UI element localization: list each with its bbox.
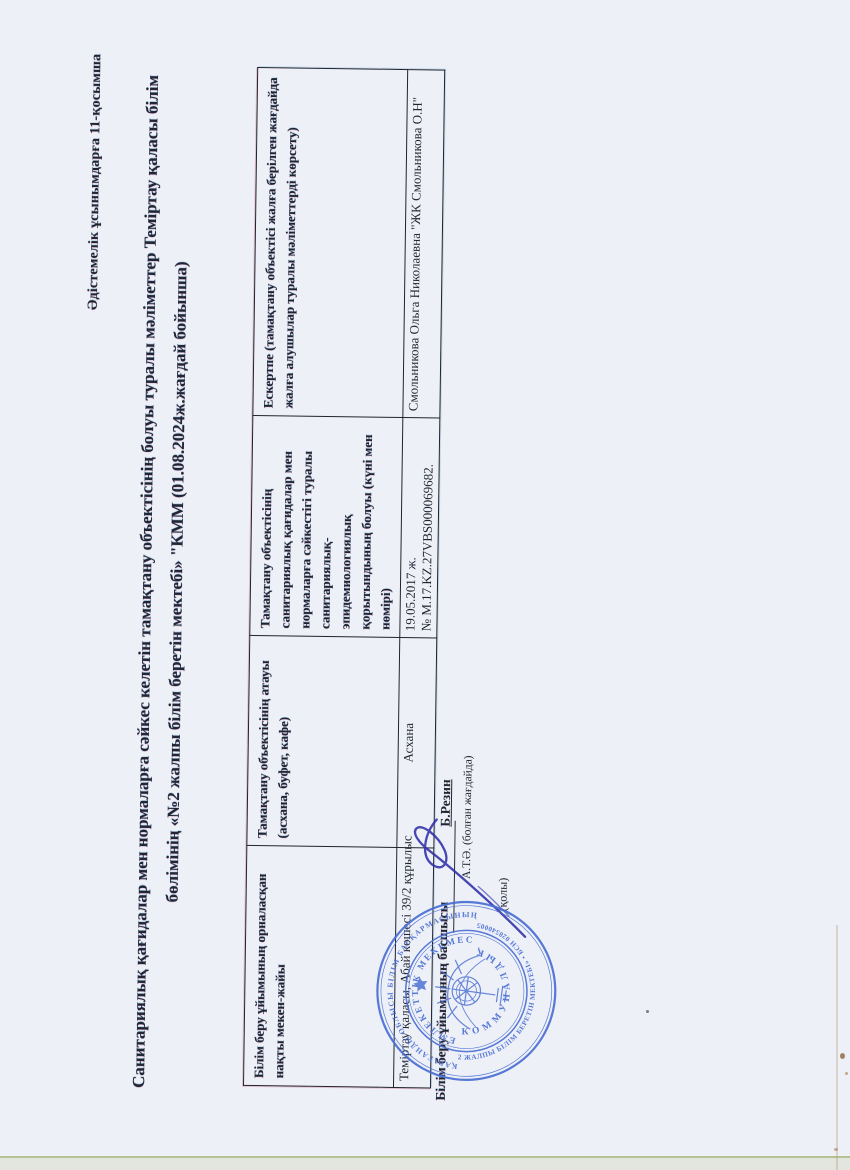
scan-speck [845, 1072, 848, 1075]
scan-speck [840, 1053, 845, 1059]
scanner-bottom-edge [0, 1156, 850, 1170]
scan-speck [646, 1010, 649, 1013]
cell-note: Смольникова Ольга Николаевна "ЖК Смольни… [403, 70, 445, 418]
header-cell-sanitary-conclusion: Тамақтану объектісінің санитариялық қағи… [250, 415, 403, 637]
header-cell-facility-name: Тамақтану объектісінің атауы (асхана, бу… [247, 635, 400, 847]
scanner-right-edge-line [836, 925, 838, 1170]
document-title: Санитариялық қағидалар мен нормаларға сә… [122, 26, 199, 1137]
stamp-inner-ring-top-text: МЕМЛЕКЕТТІК МЕКЕМЕСІ [369, 921, 475, 1089]
official-round-stamp: ҚАРАҒАНДЫ ОБЛЫСЫ БІЛІМ БАСҚАРМАСЫНЫҢ «№2… [369, 894, 564, 1089]
appendix-note: Әдістемелік ұсынымдарға 11-қосымша [86, 54, 106, 311]
header-cell-note: Ескертпе (тамақтану объектісі жалға бері… [253, 67, 408, 417]
conclusion-number: № M.17.KZ.27VBS000069682. [418, 424, 437, 631]
stamp-outer-ring-top-text: ҚАРАҒАНДЫ ОБЛЫСЫ БІЛІМ БАСҚАРМАСЫНЫҢ [375, 900, 478, 1071]
rotated-document: Әдістемелік ұсынымдарға 11-қосымша Санит… [0, 0, 850, 1170]
document-content: Әдістемелік ұсынымдарға 11-қосымша Санит… [0, 0, 850, 1170]
scanned-page: Әдістемелік ұсынымдарға 11-қосымша Санит… [0, 0, 850, 1170]
cell-conclusion: 19.05.2017 ж. № M.17.KZ.27VBS000069682. [400, 418, 440, 638]
scan-speck [834, 1148, 838, 1151]
